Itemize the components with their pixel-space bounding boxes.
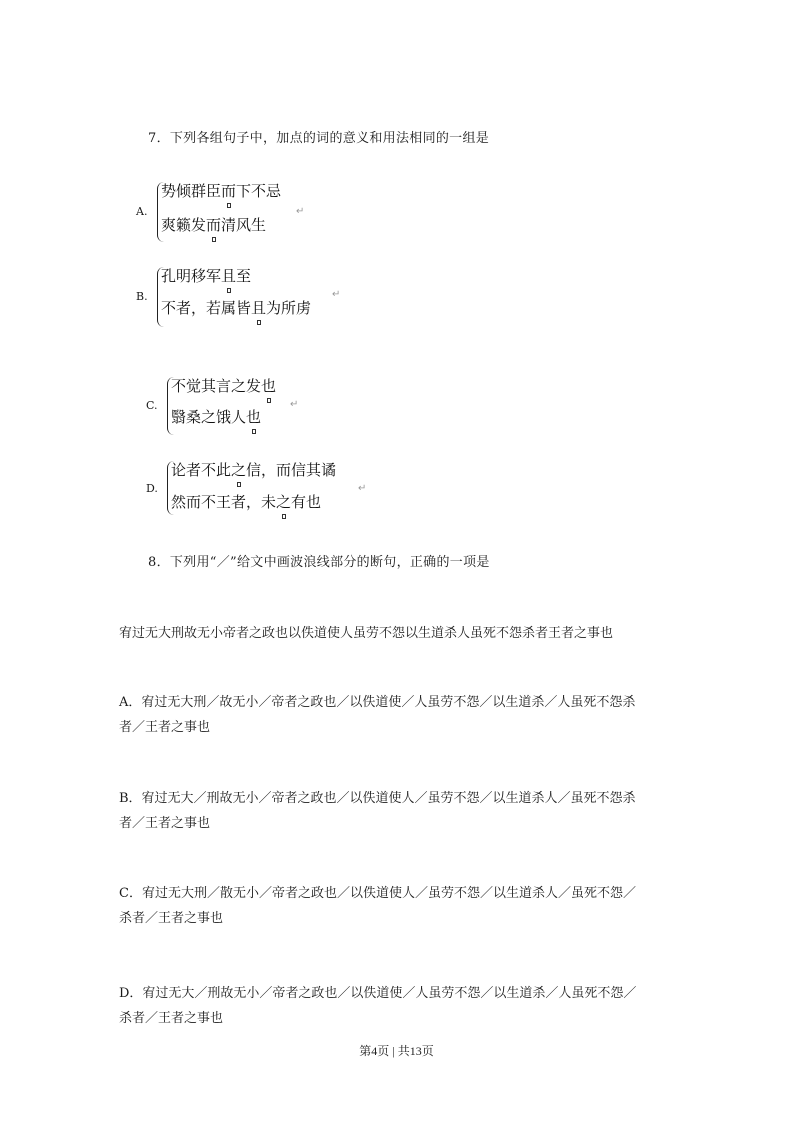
q8-choice-c: C．宥过无大刑／散无小／帝者之政也／以佚道使人／虽劳不怨／以生道杀人／虽死不怨／…: [119, 881, 679, 931]
paragraph-mark-icon: ↵: [332, 289, 340, 300]
choice-line-2: 杀者／王者之事也: [119, 1006, 679, 1031]
dotted-word: 而: [206, 214, 221, 235]
q8-choice-d: D．宥过无大／刑故无小／帝者之政也／以佚道使／人虽劳不怨／以生道杀／人虽死不怨／…: [119, 981, 679, 1031]
dotted-word: 也: [261, 375, 276, 396]
option-line-2: 爽籁发而清风生: [161, 214, 266, 235]
question-7-title: 7．下列各组句子中，加点的词的意义和用法相同的一组是: [148, 127, 489, 146]
paragraph-mark-icon: ↵: [296, 206, 304, 217]
option-line-1: 势倾群臣而下不忌: [161, 180, 281, 201]
choice-line-2: 者／王者之事也: [119, 811, 679, 836]
dotted-word: 且: [221, 265, 236, 286]
option-label: D.: [146, 482, 158, 495]
dotted-word: 之: [276, 491, 291, 512]
choice-line-1: D．宥过无大／刑故无小／帝者之政也／以佚道使／人虽劳不怨／以生道杀／人虽死不怨／: [119, 981, 679, 1006]
option-line-1: 孔明移军且至: [161, 265, 251, 286]
choice-line-1: A．宥过无大刑／故无小／帝者之政也／以佚道使／人虽劳不怨／以生道杀／人虽死不怨杀: [119, 690, 679, 715]
option-line-1: 论者不此之信，而信其谲: [171, 459, 336, 480]
passage-text: 宥过无大刑故无小帝者之政也以佚道使人虽劳不怨以生道杀人虽死不怨杀者王者之事也: [119, 622, 613, 641]
paragraph-mark-icon: ↵: [290, 399, 298, 410]
q8-choice-a: A．宥过无大刑／故无小／帝者之政也／以佚道使／人虽劳不怨／以生道杀／人虽死不怨杀…: [119, 690, 679, 740]
option-label: C.: [146, 399, 158, 412]
choice-line-1: C．宥过无大刑／散无小／帝者之政也／以佚道使人／虽劳不怨／以生道杀人／虽死不怨／: [119, 881, 679, 906]
dotted-word: 也: [246, 406, 261, 427]
option-label: B.: [136, 290, 148, 303]
question-8-title: 8．下列用“／”给文中画波浪线部分的断句，正确的一项是: [148, 551, 490, 570]
option-line-2: 不者，若属皆且为所虏: [161, 297, 311, 318]
option-label: A.: [136, 205, 147, 218]
option-line-2: 翳桑之饿人也: [171, 406, 261, 427]
choice-line-2: 杀者／王者之事也: [119, 906, 679, 931]
choice-line-2: 者／王者之事也: [119, 715, 679, 740]
dotted-word: 之: [231, 459, 246, 480]
dotted-word: 而: [221, 180, 236, 201]
option-line-2: 然而不王者，未之有也: [171, 491, 321, 512]
dotted-word: 且: [251, 297, 266, 318]
option-line-1: 不觉其言之发也: [171, 375, 276, 396]
choice-line-1: B．宥过无大／刑故无小／帝者之政也／以佚道使人／虽劳不怨／以生道杀人／虽死不怨杀: [119, 786, 679, 811]
page-footer: 第4页 | 共13页: [0, 1042, 793, 1059]
paragraph-mark-icon: ↵: [358, 483, 366, 494]
q8-choice-b: B．宥过无大／刑故无小／帝者之政也／以佚道使人／虽劳不怨／以生道杀人／虽死不怨杀…: [119, 786, 679, 836]
